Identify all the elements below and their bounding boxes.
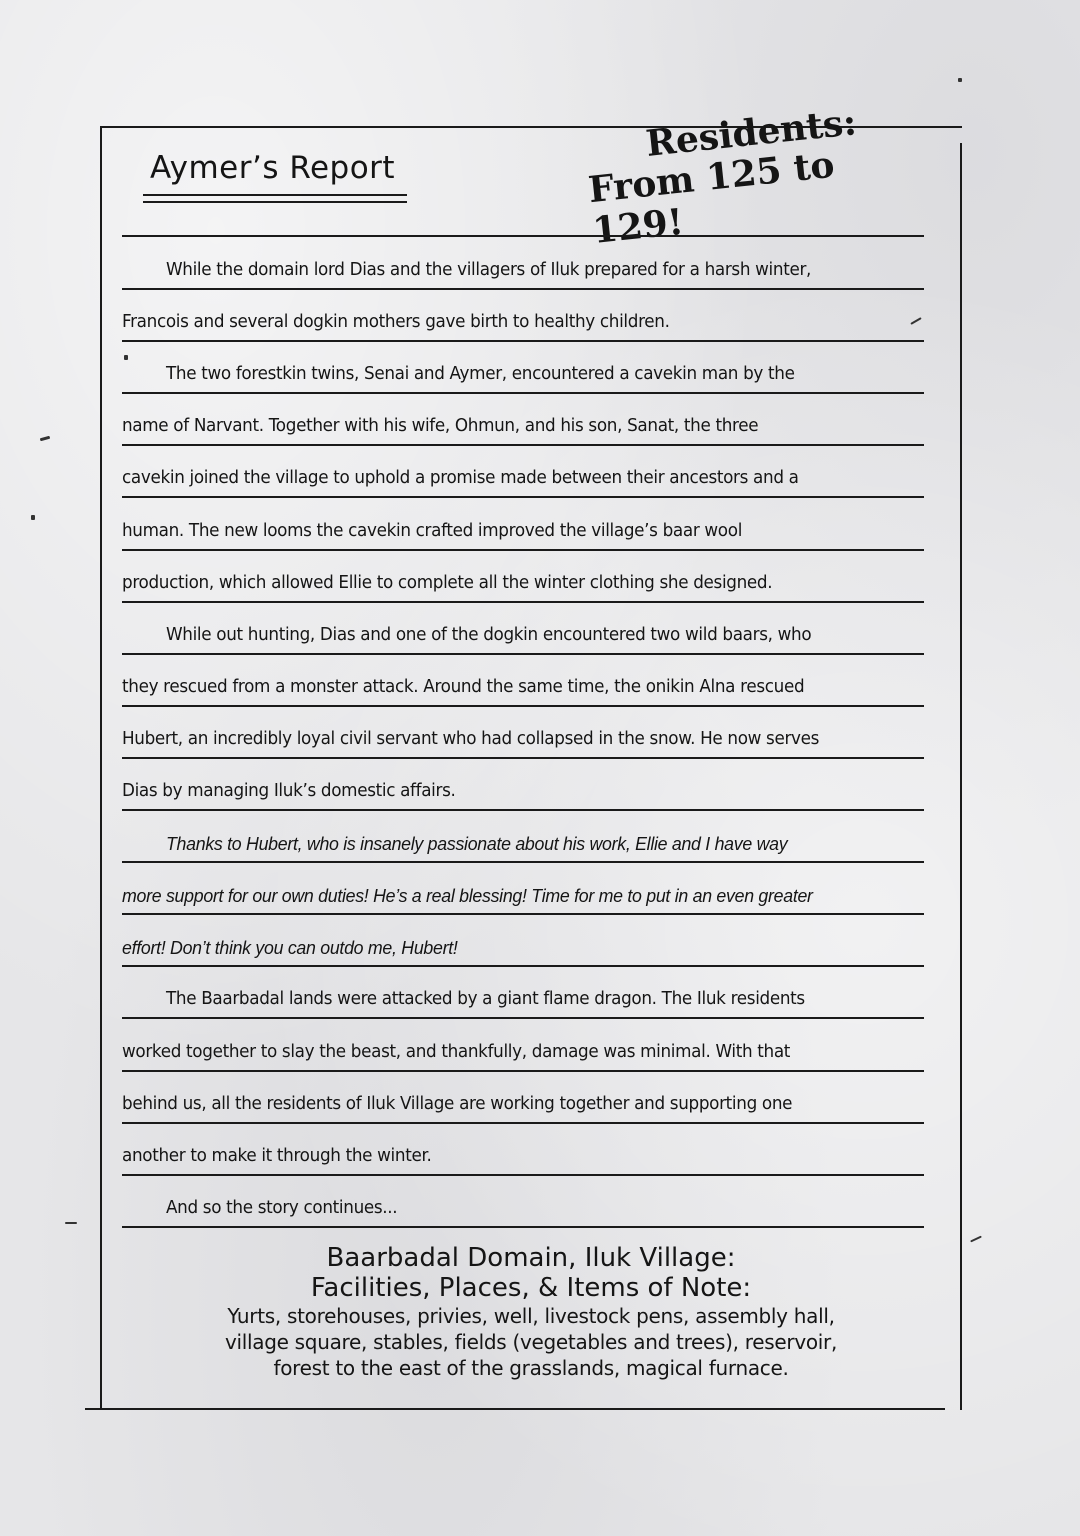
paper-speck	[970, 1236, 982, 1243]
ruled-line	[122, 1070, 924, 1072]
facilities-list-2: village square, stables, fields (vegetab…	[100, 1329, 962, 1355]
report-line: While out hunting, Dias and one of the d…	[166, 625, 934, 645]
title-underline	[143, 201, 407, 203]
paper-speck	[124, 355, 128, 360]
ruled-line	[122, 496, 924, 498]
report-line: cavekin joined the village to uphold a p…	[122, 468, 890, 488]
ruled-line	[122, 1122, 924, 1124]
ruled-line	[122, 965, 924, 967]
report-line: worked together to slay the beast, and t…	[122, 1042, 890, 1062]
paper-speck	[910, 317, 921, 325]
report-line: The two forestkin twins, Senai and Aymer…	[166, 364, 934, 384]
report-title: Aymer’s Report	[150, 150, 395, 186]
ruled-line	[122, 757, 924, 759]
ruled-line	[122, 1017, 924, 1019]
ruled-line	[122, 601, 924, 603]
facilities-list-1: Yurts, storehouses, privies, well, lives…	[100, 1303, 962, 1329]
report-line: The Baarbadal lands were attacked by a g…	[166, 989, 934, 1009]
paper-speck	[40, 436, 50, 441]
paper-speck	[958, 78, 962, 82]
facilities-heading-2: Facilities, Places, & Items of Note:	[100, 1273, 962, 1303]
report-line: effort! Don’t think you can outdo me, Hu…	[122, 937, 890, 959]
report-line: behind us, all the residents of Iluk Vil…	[122, 1094, 890, 1114]
report-line: human. The new looms the cavekin crafted…	[122, 521, 890, 541]
ruled-line	[122, 705, 924, 707]
facilities-note: Baarbadal Domain, Iluk Village: Faciliti…	[100, 1243, 962, 1381]
report-line: And so the story continues...	[166, 1198, 934, 1218]
report-line: another to make it through the winter.	[122, 1146, 890, 1166]
paper-speck	[65, 1222, 77, 1224]
ruled-line	[122, 913, 924, 915]
report-line: Hubert, an incredibly loyal civil servan…	[122, 729, 890, 749]
residents-headline: Residents: From 125 to 129!	[582, 94, 943, 251]
ruled-line	[122, 861, 924, 863]
ruled-line	[122, 653, 924, 655]
ruled-line	[122, 1226, 924, 1228]
ruled-line	[122, 809, 924, 811]
report-line: they rescued from a monster attack. Arou…	[122, 677, 890, 697]
ruled-line	[122, 392, 924, 394]
report-line: Thanks to Hubert, who is insanely passio…	[166, 833, 934, 855]
frame-right-border	[960, 143, 962, 1410]
report-line: production, which allowed Ellie to compl…	[122, 573, 890, 593]
facilities-heading-1: Baarbadal Domain, Iluk Village:	[100, 1243, 962, 1273]
facilities-list-3: forest to the east of the grasslands, ma…	[100, 1355, 962, 1381]
ruled-line	[122, 444, 924, 446]
title-underline	[143, 194, 407, 196]
report-line: more support for our own duties! He’s a …	[122, 885, 890, 907]
ruled-line	[122, 549, 924, 551]
paper-speck	[31, 515, 35, 520]
report-line: Francois and several dogkin mothers gave…	[122, 312, 890, 332]
report-line: Dias by managing Iluk’s domestic affairs…	[122, 781, 890, 801]
ruled-line	[122, 288, 924, 290]
frame-bottom-border	[85, 1408, 945, 1410]
report-line: name of Narvant. Together with his wife,…	[122, 416, 890, 436]
ruled-line	[122, 340, 924, 342]
frame-left-border	[100, 126, 102, 1410]
header-rule	[122, 235, 924, 237]
report-line: While the domain lord Dias and the villa…	[166, 260, 934, 280]
ruled-line	[122, 1174, 924, 1176]
